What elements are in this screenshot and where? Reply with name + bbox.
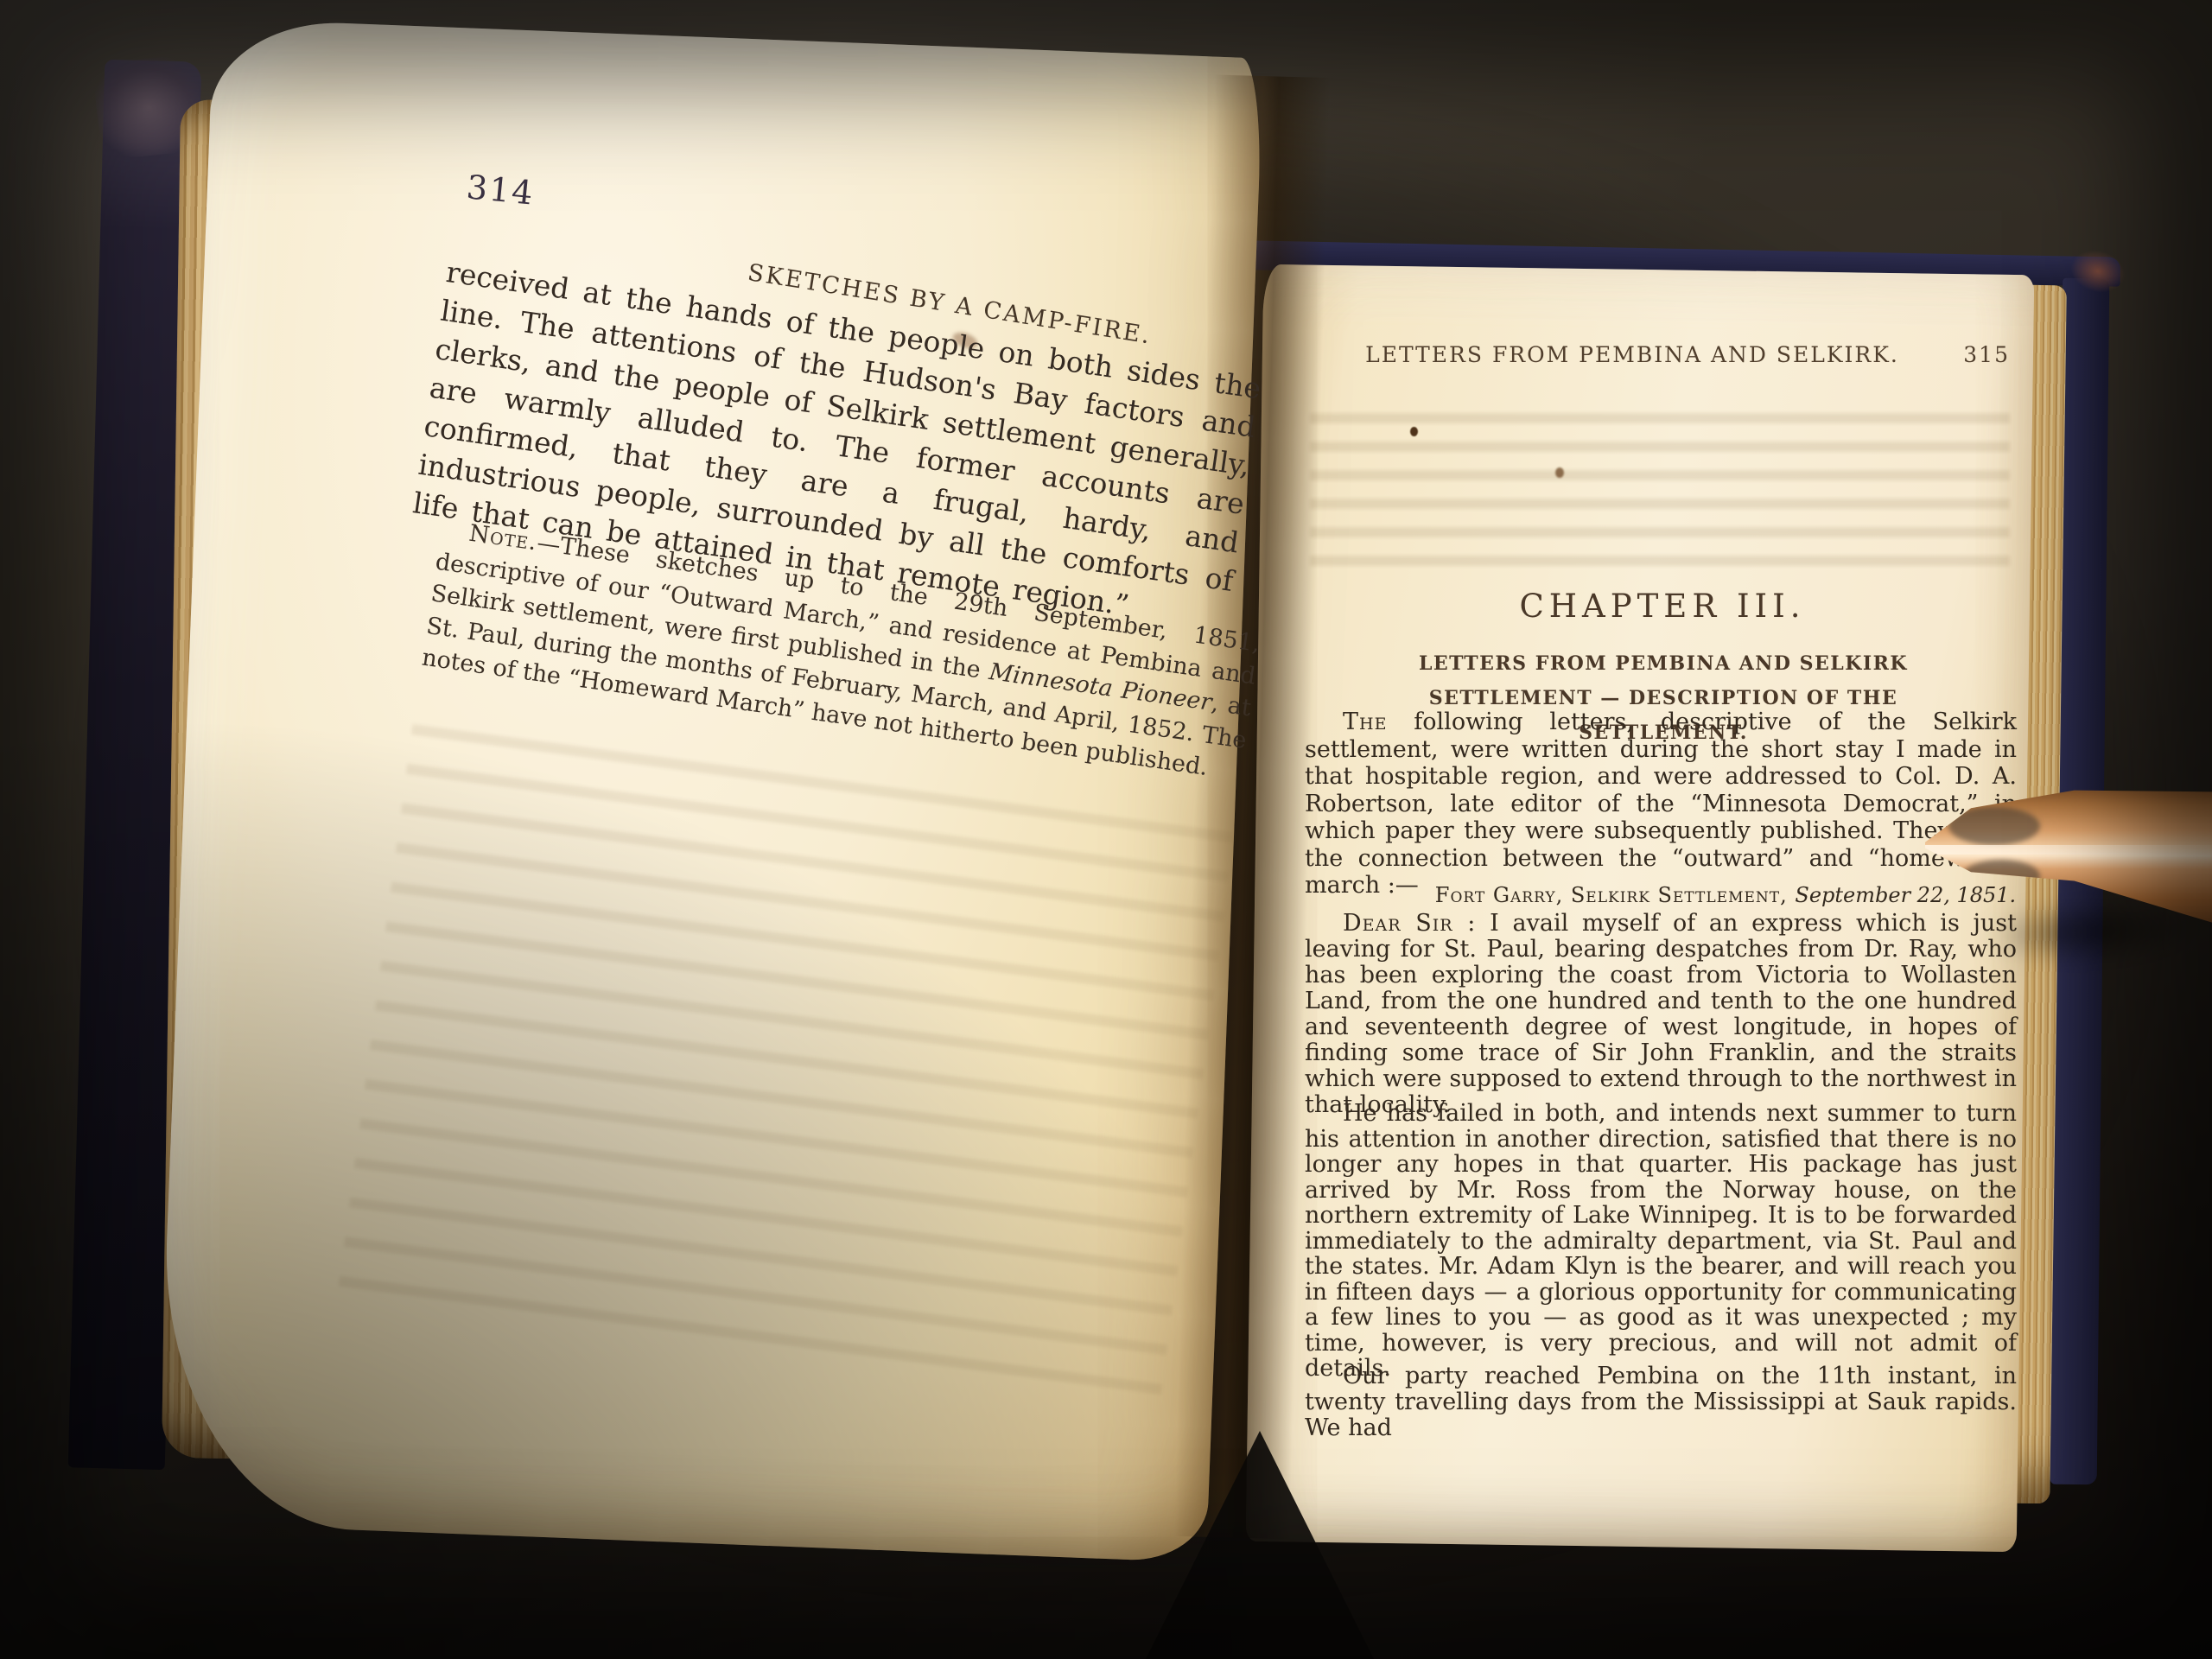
letter-paragraph-1-text: I avail myself of an express which is ju… <box>1305 910 2017 1118</box>
letter-salutation: Dear Sir : <box>1343 910 1476 937</box>
letter-paragraph-1: Dear Sir : I avail myself of an express … <box>1305 911 2017 1118</box>
right-running-header: LETTERS FROM PEMBINA AND SELKIRK. <box>1306 342 2018 367</box>
right-page-number: 315 <box>1963 342 2010 367</box>
dateline-date: September 22, 1851. <box>1795 883 2016 907</box>
intro-lead: The <box>1343 709 1387 735</box>
footnote-label: Note. <box>467 520 539 556</box>
letter-dateline: Fort Garry, Selkirk Settlement, Septembe… <box>1305 883 2017 907</box>
foxing-spot <box>1555 467 1564 478</box>
letter-paragraph-3: Our party reached Pembina on the 11th in… <box>1305 1363 2017 1441</box>
intro-paragraph: The following letters, descriptive of th… <box>1305 709 2017 899</box>
right-running-header-row: LETTERS FROM PEMBINA AND SELKIRK. 315 <box>1306 342 2018 373</box>
foxing-spot <box>1410 427 1418 436</box>
left-page-showthrough-text <box>335 709 1236 1416</box>
dateline-place: Fort Garry, Selkirk Settlement, <box>1435 883 1796 907</box>
intro-text: following letters, descriptive of the Se… <box>1305 709 2017 899</box>
letter-paragraph-2: He has failed in both, and intends next … <box>1305 1101 2017 1382</box>
left-page-number: 314 <box>465 168 536 212</box>
chapter-heading: CHAPTER III. <box>1306 588 2018 625</box>
photo-of-open-book: 314 SKETCHES BY A CAMP-FIRE. received at… <box>0 0 2212 1659</box>
